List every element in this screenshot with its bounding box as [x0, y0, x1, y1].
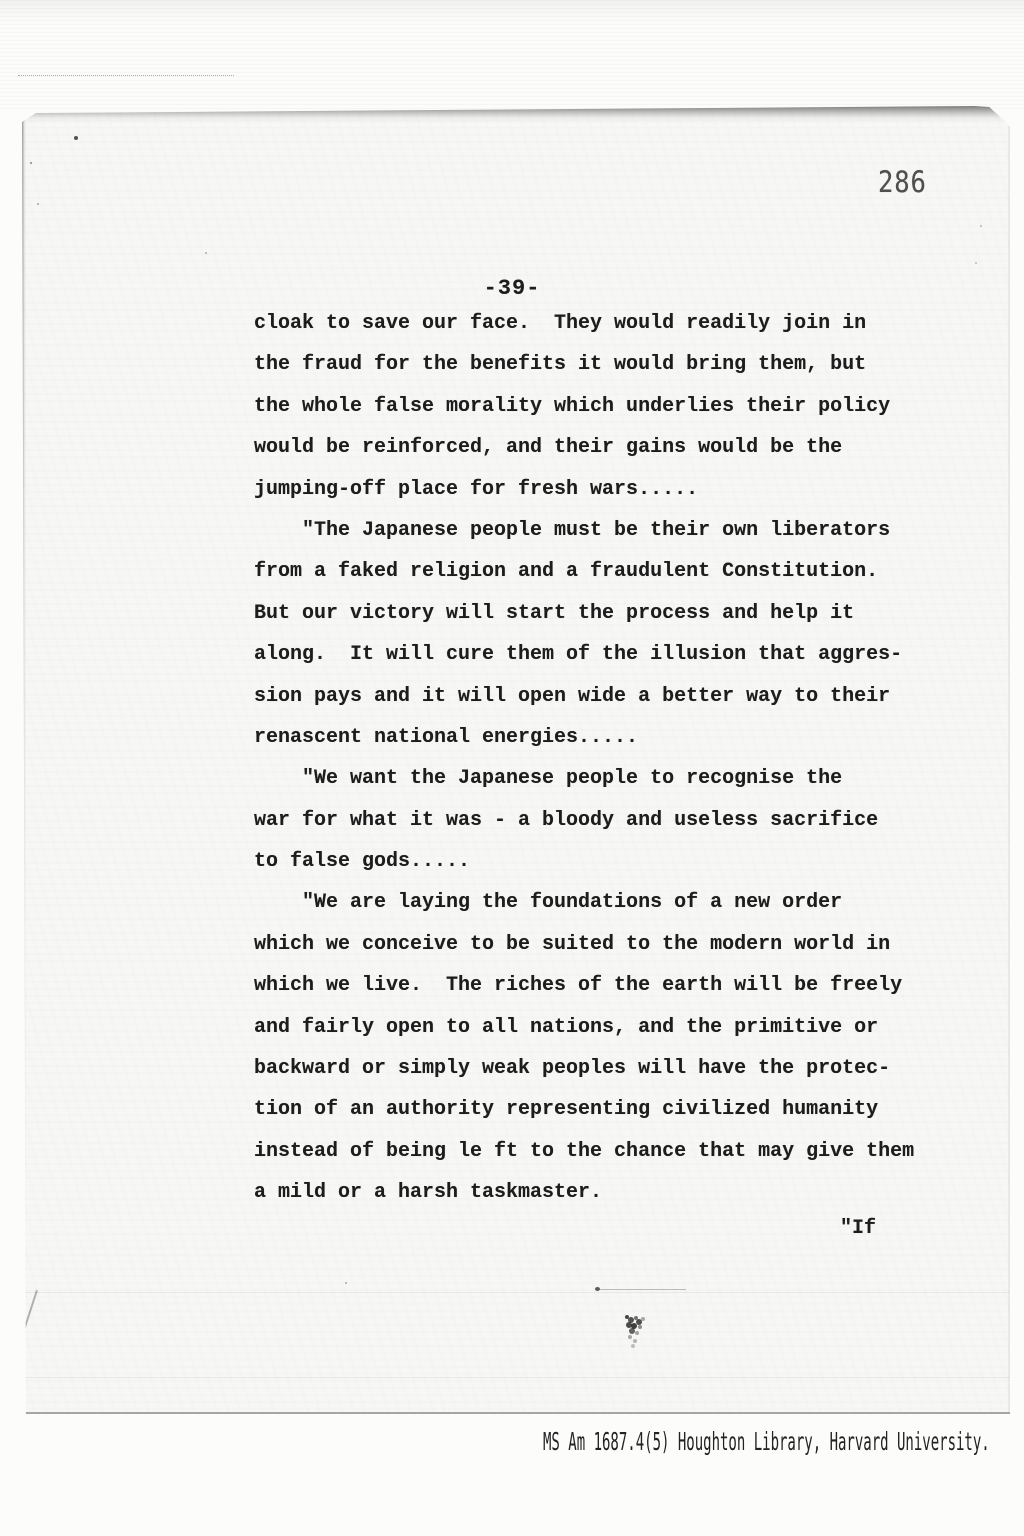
- typed-line: to false gods.....: [254, 841, 914, 882]
- scratch-mark: [600, 1289, 686, 1290]
- scan-artifact-line: [22, 1292, 1010, 1293]
- scanned-document-page: 286 -39- cloak to save our face. They wo…: [0, 0, 1024, 1536]
- typed-line: and fairly open to all nations, and the …: [254, 1007, 914, 1048]
- typed-line: cloak to save our face. They would readi…: [254, 303, 914, 344]
- typed-line: backward or simply weak peoples will hav…: [254, 1048, 914, 1089]
- typed-line: "We want the Japanese people to recognis…: [254, 758, 914, 799]
- dotted-artifact-line: [18, 75, 234, 76]
- page-number-heading: -39-: [0, 276, 1024, 301]
- typed-line: would be reinforced, and their gains wou…: [254, 427, 914, 468]
- scanner-streaks: [0, 0, 1024, 110]
- typed-line: jumping-off place for fresh wars.....: [254, 469, 914, 510]
- typed-line: sion pays and it will open wide a better…: [254, 676, 914, 717]
- paper-left-edge-shadow: [22, 114, 26, 1412]
- corner-crease: [0, 1290, 38, 1409]
- typed-line: "We are laying the foundations of a new …: [254, 882, 914, 923]
- typed-line: instead of being le ft to the chance tha…: [254, 1131, 914, 1172]
- dust-specks: [0, 0, 2, 2]
- typed-line: war for what it was - a bloody and usele…: [254, 800, 914, 841]
- catchword: "If: [840, 1216, 876, 1242]
- typed-line: which we live. The riches of the earth w…: [254, 965, 914, 1006]
- archive-page-stamp: 286: [878, 167, 927, 197]
- typed-line: "The Japanese people must be their own l…: [254, 510, 914, 551]
- typed-line: But our victory will start the process a…: [254, 593, 914, 634]
- library-caption: MS Am 1687.4(5) Houghton Library, Harvar…: [543, 1429, 990, 1455]
- typed-line: a mild or a harsh taskmaster.: [254, 1172, 914, 1213]
- typed-line: the whole false morality which underlies…: [254, 386, 914, 427]
- typed-line: the fraud for the benefits it would brin…: [254, 344, 914, 385]
- ink-blot: [625, 1315, 629, 1319]
- typed-body-text: cloak to save our face. They would readi…: [254, 303, 914, 1214]
- typed-line: tion of an authority representing civili…: [254, 1089, 914, 1130]
- typed-line: which we conceive to be suited to the mo…: [254, 924, 914, 965]
- typed-line: from a faked religion and a fraudulent C…: [254, 551, 914, 592]
- paper-right-edge-shadow: [1008, 126, 1010, 1412]
- scratch-dot: [595, 1287, 600, 1291]
- typed-line: along. It will cure them of the illusion…: [254, 634, 914, 675]
- typed-line: renascent national energies.....: [254, 717, 914, 758]
- scan-artifact-line: [22, 1377, 1010, 1378]
